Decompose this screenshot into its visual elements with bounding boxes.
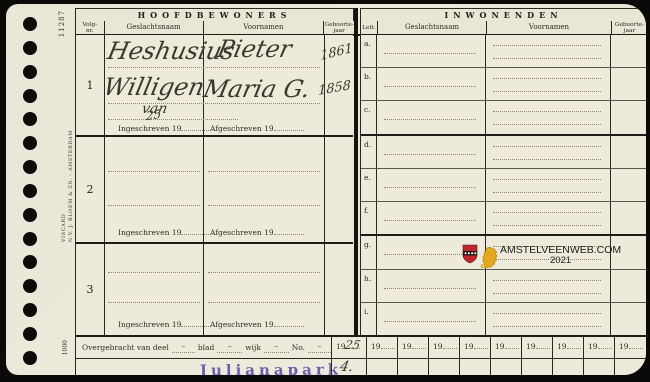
- geboortejaar-cell: [611, 270, 646, 302]
- stamp-number-cell: 4.: [331, 359, 366, 375]
- row-letter: g.: [361, 236, 377, 268]
- row-letter: c.: [361, 101, 377, 133]
- year-cell: 19: [397, 337, 428, 358]
- inwonenden-row-d: d.: [361, 136, 646, 169]
- voornamen-cell: [486, 68, 611, 100]
- column-header-lett: Lett.: [361, 21, 378, 35]
- ingeschreven-text: Ingeschreven 19: [118, 124, 181, 133]
- empty-cell: [397, 359, 428, 375]
- handwritten-surname-2: Willigen: [101, 73, 207, 101]
- column-header-voornamen: Voornamen: [204, 21, 325, 35]
- geslachtsnaam-cell: [377, 68, 486, 100]
- hoofdbewoners-title: HOOFDBEWONERS: [75, 8, 354, 21]
- handwritten-firstname-1: Pieter: [215, 35, 294, 63]
- row-number: 2: [76, 137, 105, 242]
- year-prefix: 19: [402, 342, 412, 351]
- year-cell: 19: [521, 337, 552, 358]
- inwonenden-row-f: f.: [361, 202, 646, 236]
- year-cell: 19: [490, 337, 521, 358]
- row-number: 1: [76, 35, 105, 135]
- handwritten-firstname-2: Maria G.: [201, 75, 313, 103]
- ingeschreven-label: Ingeschreven 19: [118, 320, 211, 329]
- voornamen-cell: [486, 303, 611, 335]
- geslachtsnaam-cell: [377, 303, 486, 335]
- handwritten-house-number: 4.: [338, 359, 355, 375]
- afgeschreven-text: Afgeschreven 19: [210, 320, 274, 329]
- geslachtsnaam-cell: [377, 35, 486, 67]
- voornamen-label: Voornamen: [243, 24, 283, 31]
- inwonenden-row-c: c.: [361, 101, 646, 135]
- year-cell: 19: [614, 337, 646, 358]
- year-prefix: 19: [588, 342, 598, 351]
- punch-hole: [23, 351, 37, 365]
- year-cell: 19 25: [331, 337, 366, 358]
- punch-hole: [23, 112, 37, 126]
- empty-cell: [366, 359, 397, 375]
- registration-card: 11287 VISCARD N.V. J. BLOEM & ZN. - AMST…: [6, 4, 646, 375]
- punch-holes: [23, 17, 37, 365]
- punch-hole: [23, 208, 37, 222]
- voornamen-cell: [486, 169, 611, 201]
- empty-cell: [428, 359, 459, 375]
- geboortejaar-cell: [611, 68, 646, 100]
- row-letter: i.: [361, 303, 377, 335]
- geboortejaar-cell: [611, 303, 646, 335]
- inwonenden-title-label: INWONENDEN: [444, 10, 562, 20]
- wijk-text: wijk: [245, 343, 261, 352]
- year-prefix: 19: [464, 342, 474, 351]
- printer-imprint-firm: N.V. J. BLOEM & ZN. - AMSTERDAM: [68, 130, 74, 242]
- voornamen-cell: [486, 202, 611, 234]
- card-serial-number: 11287: [58, 10, 66, 37]
- geslachtsnaam-label: Geslachtsnaam: [127, 24, 181, 31]
- column-header-voornamen: Voornamen: [487, 21, 612, 35]
- inwonenden-row-i: i.: [361, 303, 646, 335]
- year-cell: 19: [583, 337, 614, 358]
- empty-cell: [459, 359, 490, 375]
- lion-icon: [480, 244, 498, 268]
- empty-cell: [552, 359, 583, 375]
- stamp-row: Julianapark 4.: [75, 358, 646, 375]
- row-letter: h.: [361, 270, 377, 302]
- row-letter: e.: [361, 169, 377, 201]
- voornamen-cell: [486, 136, 611, 168]
- overgebracht-row: Overgebracht van deel – blad – wijk – No…: [75, 335, 646, 358]
- column-header-volgnr: Volg- nr.: [76, 21, 105, 35]
- geslachtsnaam-cell: [377, 101, 486, 133]
- column-header-geslachtsnaam: Geslachtsnaam: [378, 21, 487, 35]
- year-prefix: 19: [433, 342, 443, 351]
- punch-hole: [23, 303, 37, 317]
- inwonenden-row-e: e.: [361, 169, 646, 202]
- hoofdbewoners-column-headers: Volg- nr. Geslachtsnaam Voornamen Geboor…: [75, 21, 354, 35]
- afgeschreven-text: Afgeschreven 19: [210, 124, 274, 133]
- punch-hole: [23, 17, 37, 31]
- no-text: No.: [292, 343, 305, 352]
- year-cell: 19: [428, 337, 459, 358]
- ditto-mark: –: [172, 343, 195, 353]
- ingeschreven-text: Ingeschreven 19: [118, 228, 181, 237]
- voornamen-cell: [486, 270, 611, 302]
- row-number: 3: [76, 244, 105, 335]
- ingeschreven-text: Ingeschreven 19: [118, 320, 181, 329]
- geslachtsnaam-label: Geslachtsnaam: [405, 24, 459, 31]
- year-prefix: 19: [619, 342, 629, 351]
- afgeschreven-label: Afgeschreven 19: [210, 228, 304, 237]
- empty-cell: [583, 359, 614, 375]
- empty-cell: [521, 359, 552, 375]
- overgebracht-text: Overgebracht van deel: [82, 343, 169, 352]
- printer-imprint-brand: VISCARD: [61, 130, 67, 242]
- inwonenden-row-h: h.: [361, 270, 646, 303]
- punch-hole: [23, 160, 37, 174]
- afgeschreven-label: Afgeschreven 19: [210, 124, 304, 133]
- watermark: AMSTELVEENWEB.COM 2021: [462, 244, 646, 268]
- printer-imprint: VISCARD N.V. J. BLOEM & ZN. - AMSTERDAM: [61, 130, 74, 242]
- year-prefix: 19: [557, 342, 567, 351]
- inwonenden-rows: a. b. c. d. e.: [360, 35, 646, 335]
- voornamen-label: Voornamen: [529, 24, 569, 31]
- geboortejaar-cell: [611, 35, 646, 67]
- row-letter: d.: [361, 136, 377, 168]
- voornamen-cell: [486, 35, 611, 67]
- handwritten-year-registered: 25: [146, 107, 162, 123]
- punch-hole: [23, 255, 37, 269]
- row-letter: f.: [361, 202, 377, 234]
- ingeschreven-label: Ingeschreven 19: [118, 124, 211, 133]
- blad-text: blad: [198, 343, 214, 352]
- geboortejaar-cell: [611, 101, 646, 133]
- column-header-geslachtsnaam: Geslachtsnaam: [105, 21, 204, 35]
- year-cell: 19: [552, 337, 583, 358]
- punch-hole: [23, 232, 37, 246]
- punch-hole: [23, 89, 37, 103]
- geslachtsnaam-cell: [377, 136, 486, 168]
- geslachtsnaam-cell: [377, 169, 486, 201]
- column-header-geboortejaar: Geboorte- jaar: [324, 21, 354, 35]
- ditto-mark: –: [264, 343, 289, 353]
- inwonenden-row-b: b.: [361, 68, 646, 101]
- amstelveen-shield-icon: [462, 244, 478, 264]
- hoofdbewoners-row-2: 2 Ingeschreven 19 Afgeschreven 19: [75, 137, 353, 244]
- year-cell: 19: [459, 337, 490, 358]
- punch-hole: [23, 136, 37, 150]
- geslachtsnaam-cell: [377, 202, 486, 234]
- hoofdbewoners-title-label: HOOFDBEWONERS: [138, 10, 292, 20]
- watermark-year: 2021: [550, 256, 571, 267]
- inwonenden-row-a: a.: [361, 35, 646, 68]
- afgeschreven-label: Afgeschreven 19: [210, 320, 304, 329]
- inwonenden-title: INWONENDEN: [360, 8, 646, 21]
- punch-hole: [23, 327, 37, 341]
- hoofdbewoners-row-1: 1 Heshusius Pieter 1861 Willigen van Mar…: [75, 35, 353, 137]
- stamp-cell: Julianapark: [76, 359, 331, 375]
- stock-code: 1000: [62, 340, 69, 355]
- row-letter: b.: [361, 68, 377, 100]
- inwonenden-column-headers: Lett. Geslachtsnaam Voornamen Geboorte- …: [360, 21, 646, 35]
- geboortejaar-cell: [611, 136, 646, 168]
- geboortejaar-cell: [611, 169, 646, 201]
- punch-hole: [23, 279, 37, 293]
- overgebracht-label-cell: Overgebracht van deel – blad – wijk – No…: [76, 337, 331, 358]
- punch-hole: [23, 41, 37, 55]
- year-prefix: 19: [495, 342, 505, 351]
- empty-cell: [490, 359, 521, 375]
- year-prefix: 19: [526, 342, 536, 351]
- column-header-geboortejaar: Geboorte- jaar: [612, 21, 646, 35]
- punch-hole: [23, 65, 37, 79]
- empty-cell: [614, 359, 646, 375]
- hoofdbewoners-row-3: 3 Ingeschreven 19 Afgeschreven 19: [75, 244, 353, 335]
- lett-label: Lett.: [362, 25, 376, 31]
- geslachtsnaam-cell: [377, 270, 486, 302]
- punch-hole: [23, 184, 37, 198]
- row-letter: a.: [361, 35, 377, 67]
- section-divider: [354, 8, 358, 335]
- ditto-mark: –: [308, 343, 331, 353]
- handwritten-year: 25: [344, 338, 362, 352]
- ingeschreven-label: Ingeschreven 19: [118, 228, 211, 237]
- afgeschreven-text: Afgeschreven 19: [210, 228, 274, 237]
- geboortejaar-cell: [611, 202, 646, 234]
- ditto-mark: –: [217, 343, 242, 353]
- year-prefix: 19: [371, 342, 381, 351]
- watermark-text: AMSTELVEENWEB.COM 2021: [500, 244, 621, 267]
- year-cell: 19: [366, 337, 397, 358]
- voornamen-cell: [486, 101, 611, 133]
